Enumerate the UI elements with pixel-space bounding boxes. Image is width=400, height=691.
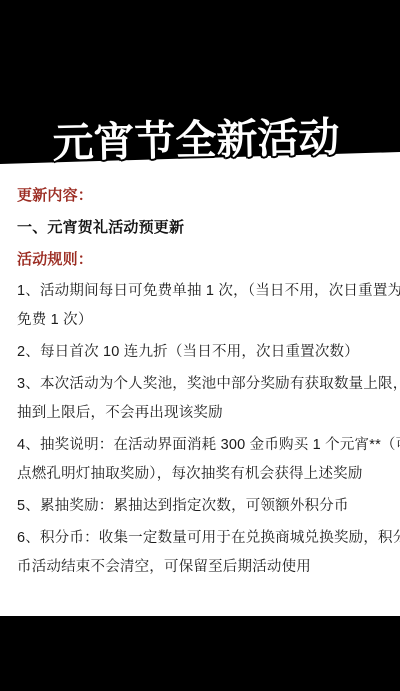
rule-2-line-1: 2、每日首次 10 连九折（当日不用，次日重置次数） xyxy=(17,338,387,367)
rule-1-line-1: 1、活动期间每日可免费单抽 1 次，（当日不用，次日重置为 xyxy=(17,277,387,306)
page-title: 元宵节全新活动 xyxy=(0,116,396,165)
bottom-black-bar xyxy=(0,616,400,691)
update-content-heading: 更新内容： xyxy=(17,181,387,210)
rule-4-line-2: 点燃孔明灯抽取奖励），每次抽奖有机会获得上述奖励 xyxy=(17,460,387,489)
rule-5-line-1: 5、累抽奖励：累抽达到指定次数，可领额外积分币 xyxy=(17,492,387,521)
rule-1-line-2: 免费 1 次） xyxy=(17,306,387,335)
rule-item-1: 1、活动期间每日可免费单抽 1 次，（当日不用，次日重置为 免费 1 次） xyxy=(17,277,387,335)
rule-3-line-1: 3、本次活动为个人奖池，奖池中部分奖励有获取数量上限， xyxy=(17,370,387,399)
rule-4-line-1: 4、抽奖说明：在活动界面消耗 300 金币购买 1 个元宵**（可 xyxy=(17,431,387,460)
rule-item-6: 6、积分币：收集一定数量可用于在兑换商城兑换奖励，积分 币活动结束不会清空，可保… xyxy=(17,524,387,582)
rule-6-line-2: 币活动结束不会清空，可保留至后期活动使用 xyxy=(17,553,387,582)
rule-3-line-2: 抽到上限后，不会再出现该奖励 xyxy=(17,399,387,428)
rule-item-4: 4、抽奖说明：在活动界面消耗 300 金币购买 1 个元宵**（可 点燃孔明灯抽… xyxy=(17,431,387,489)
rules-heading: 活动规则： xyxy=(17,245,387,274)
rule-item-2: 2、每日首次 10 连九折（当日不用，次日重置次数） xyxy=(17,338,387,367)
announcement-body: 更新内容： 一、元宵贺礼活动预更新 活动规则： 1、活动期间每日可免费单抽 1 … xyxy=(17,181,387,585)
rule-6-line-1: 6、积分币：收集一定数量可用于在兑换商城兑换奖励，积分 xyxy=(17,524,387,553)
rule-item-5: 5、累抽奖励：累抽达到指定次数，可领额外积分币 xyxy=(17,492,387,521)
activity-name-heading: 一、元宵贺礼活动预更新 xyxy=(17,213,387,242)
rule-item-3: 3、本次活动为个人奖池，奖池中部分奖励有获取数量上限， 抽到上限后，不会再出现该… xyxy=(17,370,387,428)
